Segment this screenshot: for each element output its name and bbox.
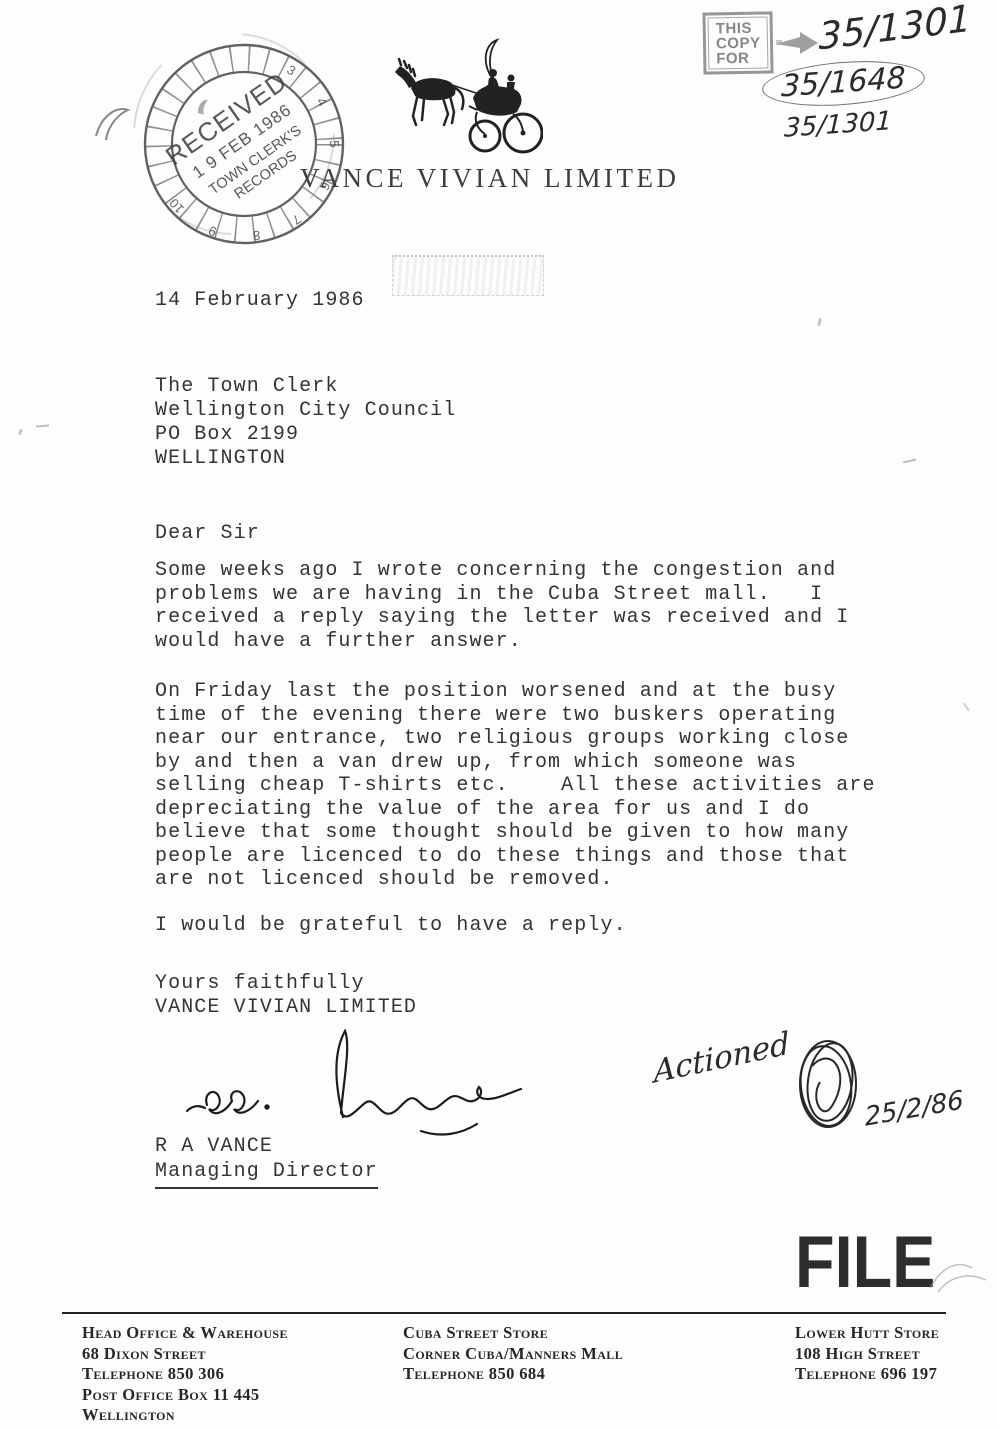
carriage — [469, 40, 542, 152]
footer-cuba-street-store: Cuba Street Store Corner Cuba/Manners Ma… — [403, 1323, 623, 1385]
file-stamp: FILE — [795, 1226, 935, 1299]
scan-artifact — [18, 429, 23, 436]
footer-line: Corner Cuba/Manners Mall — [403, 1344, 623, 1365]
paragraph-3: I would be grateful to have a reply. — [155, 914, 627, 938]
footer-line: Post Office Box 11 445 — [82, 1385, 288, 1406]
handwritten-ref-circled: 35/1648 — [762, 56, 925, 111]
scan-artifact — [963, 703, 969, 711]
footer-line: Wellington — [82, 1405, 288, 1426]
scan-artifact — [36, 424, 49, 427]
footer-line: Telephone 850 684 — [403, 1364, 623, 1385]
paragraph-1: Some weeks ago I wrote concerning the co… — [155, 559, 849, 653]
footer-lower-hutt-store: Lower Hutt Store 108 High Street Telepho… — [795, 1323, 939, 1385]
svg-text:8: 8 — [252, 228, 261, 244]
signatory-title: Managing Director — [155, 1160, 378, 1189]
footer-head-office: Head Office & Warehouse 68 Dixon Street … — [82, 1323, 288, 1426]
svg-text:6: 6 — [317, 179, 334, 192]
svg-text:5: 5 — [327, 140, 342, 148]
svg-text:4: 4 — [314, 95, 331, 109]
footer-line: Telephone 696 197 — [795, 1364, 939, 1385]
footer-line: Telephone 850 306 — [82, 1364, 288, 1385]
pencil-scribble — [928, 1256, 992, 1302]
actioned-date: 25/2/86 — [864, 1085, 965, 1132]
footer-divider — [62, 1312, 946, 1314]
received-stamp: 3 4 5 6 7 8 9 10 RECEIVED 1 9 FEB 1986 T… — [128, 28, 360, 260]
paragraph-2: On Friday last the position worsened and… — [155, 680, 876, 892]
handwritten-ref-top: 35/1301 — [818, 0, 971, 58]
handwritten-ref-below: 35/1301 — [784, 106, 893, 144]
horse-carriage-icon — [393, 36, 543, 164]
svg-text:3: 3 — [284, 62, 298, 79]
scan-artifact — [92, 96, 136, 148]
this-copy-for-stamp: THIS COPY FOR — [702, 11, 773, 74]
signatory-name: R A VANCE — [155, 1135, 273, 1159]
closing-block: Yours faithfully VANCE VIVIAN LIMITED — [155, 972, 417, 1019]
actioned-annotation: Actioned — [652, 1025, 790, 1090]
footer-line: 68 Dixon Street — [82, 1344, 288, 1365]
actioned-initials-scrawl — [790, 1036, 868, 1132]
arrow-right-icon — [776, 30, 818, 56]
scan-artifact — [903, 459, 916, 464]
this-copy-for-text: THIS COPY FOR — [708, 16, 769, 69]
footer-line: 108 High Street — [795, 1344, 939, 1365]
footer-line: Cuba Street Store — [403, 1323, 623, 1344]
signature — [185, 1025, 545, 1140]
salutation: Dear Sir — [155, 522, 260, 546]
letter-date: 14 February 1986 — [155, 289, 365, 313]
scanned-letter-page: VANCE VIVIAN LIMITED — [0, 0, 999, 1429]
scan-artifact — [817, 318, 822, 326]
footer-line: Lower Hutt Store — [795, 1323, 939, 1344]
faint-stamp-smudge — [392, 255, 544, 296]
footer-line: Head Office & Warehouse — [82, 1323, 288, 1344]
recipient-address: The Town Clerk Wellington City Council P… — [155, 375, 456, 471]
stamp-center-text: RECEIVED 1 9 FEB 1986 TOWN CLERK'S RECOR… — [153, 56, 328, 223]
